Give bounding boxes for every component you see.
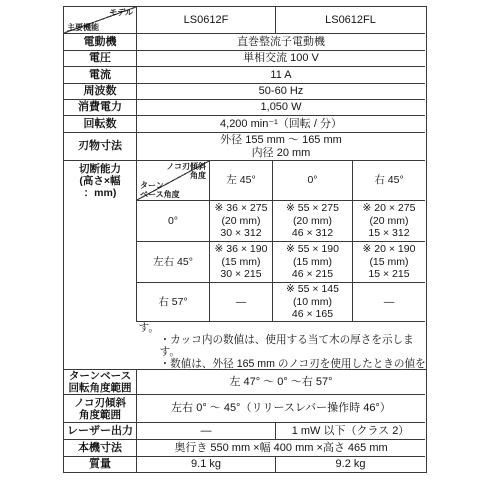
frequency-value: 50-60 Hz <box>137 84 425 100</box>
dimensions-value: 奥行き 550 mm ×幅 400 mm ×高さ 465 mm <box>137 440 425 457</box>
model-label: モデル <box>109 8 133 17</box>
table-row: 電圧 単相交流 100 V <box>64 51 426 67</box>
note-line: 注）・※印は、当て木を使用した場合の切断能力を示します。 <box>139 322 426 334</box>
mass-row: 質量 9.1 kg 9.2 kg <box>64 457 426 472</box>
cutting-cell: ※ 36 × 190 (15 mm) 30 × 215 <box>210 242 273 283</box>
cutting-row-0deg: 0° ※ 36 × 275 (20 mm) 30 × 312 ※ 55 × 27… <box>64 201 426 242</box>
laser-output-ls0612f: — <box>137 423 276 440</box>
cutting-row-lr45: 左右 45° ※ 36 × 190 (15 mm) 30 × 215 ※ 55 … <box>64 242 426 283</box>
cutting-cell: — <box>353 283 425 322</box>
cutting-cell: ※ 36 × 275 (20 mm) 30 × 312 <box>210 201 273 242</box>
spec-sheet-page: { "colors": { "border": "#3a3a3a", "text… <box>0 0 480 480</box>
cutting-cell: ※ 55 × 190 (15 mm) 46 × 215 <box>273 242 353 283</box>
cutting-cell: ※ 20 × 190 (15 mm) 15 × 215 <box>353 242 425 283</box>
cutting-col-left45: 左 45° <box>210 161 273 201</box>
notes-cell: 注）・※印は、当て木を使用した場合の切断能力を示します。 ・カッコ内の数値は、使… <box>137 322 426 370</box>
cutting-col-right45: 右 45° <box>353 161 425 201</box>
dimensions-label: 本機寸法 <box>64 440 137 457</box>
rpm-label: 回転数 <box>64 116 137 133</box>
motor-label: 電動機 <box>64 34 137 51</box>
frequency-label: 周波数 <box>64 84 137 100</box>
cutting-row-label: 左右 45° <box>137 242 210 283</box>
rpm-value: 4,200 min⁻¹（回転 / 分） <box>137 116 425 133</box>
cutting-cell: — <box>210 283 273 322</box>
voltage-label: 電圧 <box>64 51 137 67</box>
table-header-row: モデル 主要機能 LS0612F LS0612FL <box>64 7 426 34</box>
cutting-section-label: 切断能力 (高さ×幅 ：mm) <box>64 161 137 201</box>
table-row: 刃物寸法 外径 155 mm ～ 165 mm 内径 20 mm <box>64 133 426 161</box>
model-name-ls0612f: LS0612F <box>137 7 276 34</box>
cutting-header-row: 切断能力 (高さ×幅 ：mm) ノコ刃傾斜 角度 ターン ベース角度 左 45°… <box>64 161 426 201</box>
power-value: 1,050 W <box>137 100 425 116</box>
cutting-label-spacer <box>64 283 137 322</box>
blade-size-label: 刃物寸法 <box>64 133 137 161</box>
blade-size-value: 外径 155 mm ～ 165 mm 内径 20 mm <box>137 133 425 161</box>
voltage-value: 単相交流 100 V <box>137 51 425 67</box>
notes-row: 注）・※印は、当て木を使用した場合の切断能力を示します。 ・カッコ内の数値は、使… <box>64 322 426 370</box>
notes-left-spacer <box>64 322 137 370</box>
features-label: 主要機能 <box>67 23 99 32</box>
cutting-cell: ※ 20 × 275 (20 mm) 15 × 312 <box>353 201 425 242</box>
current-value: 11 A <box>137 67 425 84</box>
laser-output-ls0612fl: 1 mW 以下（クラス 2） <box>276 423 425 440</box>
blade-tilt-range-label: ノコ刃傾斜 角度範囲 <box>64 395 137 423</box>
table-row: 電動機 直巻整流子電動機 <box>64 34 426 51</box>
blade-tilt-angle-label: ノコ刃傾斜 角度 <box>166 162 206 180</box>
cutting-row-label: 0° <box>137 201 210 242</box>
cutting-label-spacer <box>64 242 137 283</box>
mass-label: 質量 <box>64 457 137 472</box>
turn-base-range-label: ターンベース 回転角度範囲 <box>64 370 137 395</box>
blade-tilt-range-value: 左右 0° ～ 45°（リリースレバー操作時 46°） <box>137 395 425 423</box>
cutting-row-label: 右 57° <box>137 283 210 322</box>
current-label: 電流 <box>64 67 137 84</box>
model-features-diagonal-cell: モデル 主要機能 <box>64 7 137 34</box>
cutting-label-spacer <box>64 201 137 242</box>
power-label: 消費電力 <box>64 100 137 116</box>
turn-base-range-value: 左 47° ～ 0° ～右 57° <box>137 370 425 395</box>
model-name-ls0612fl: LS0612FL <box>276 7 425 34</box>
laser-output-row: レーザー出力 — 1 mW 以下（クラス 2） <box>64 423 426 440</box>
angle-diagonal-cell: ノコ刃傾斜 角度 ターン ベース角度 <box>137 161 210 201</box>
cutting-cell: ※ 55 × 145 (10 mm) 46 × 165 <box>273 283 353 322</box>
table-row: 消費電力 1,050 W <box>64 100 426 116</box>
note-line: ・数値は、外径 165 mm のノコ刃を使用したときの値を <box>139 358 426 370</box>
table-row: 周波数 50-60 Hz <box>64 84 426 100</box>
table-row: 電流 11 A <box>64 67 426 84</box>
spec-table: モデル 主要機能 LS0612F LS0612FL 電動機 直巻整流子電動機 電… <box>63 6 427 473</box>
mass-ls0612fl: 9.2 kg <box>276 457 425 472</box>
mass-ls0612f: 9.1 kg <box>137 457 276 472</box>
blade-tilt-range-row: ノコ刃傾斜 角度範囲 左右 0° ～ 45°（リリースレバー操作時 46°） <box>64 395 426 423</box>
cutting-col-0: 0° <box>273 161 353 201</box>
dimensions-row: 本機寸法 奥行き 550 mm ×幅 400 mm ×高さ 465 mm <box>64 440 426 457</box>
cutting-row-r57: 右 57° — ※ 55 × 145 (10 mm) 46 × 165 — <box>64 283 426 322</box>
motor-value: 直巻整流子電動機 <box>137 34 425 51</box>
turn-base-angle-label: ターン ベース角度 <box>140 181 180 199</box>
note-line: ・カッコ内の数値は、使用する当て木の厚さを示します。 <box>139 334 426 358</box>
turn-base-range-row: ターンベース 回転角度範囲 左 47° ～ 0° ～右 57° <box>64 370 426 395</box>
laser-output-label: レーザー出力 <box>64 423 137 440</box>
cutting-cell: ※ 55 × 275 (20 mm) 46 × 312 <box>273 201 353 242</box>
table-row: 回転数 4,200 min⁻¹（回転 / 分） <box>64 116 426 133</box>
